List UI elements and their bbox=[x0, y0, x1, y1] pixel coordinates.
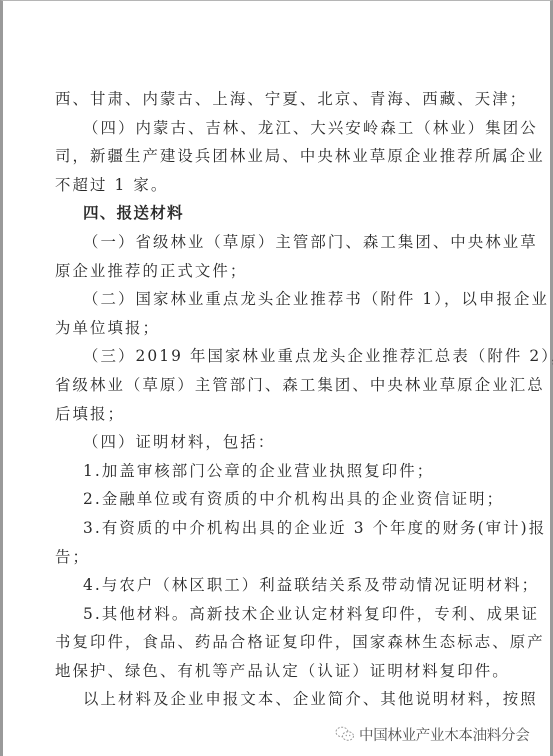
text-line: （三）2019 年国家林业重点龙头企业推荐汇总表（附件 2）， bbox=[55, 342, 481, 371]
text-line: 1.加盖审核部门公章的企业营业执照复印件； bbox=[55, 457, 481, 486]
text-line: （二）国家林业重点龙头企业推荐书（附件 1），以申报企业 bbox=[55, 285, 481, 314]
text-line: （四）内蒙古、吉林、龙江、大兴安岭森工（林业）集团公 bbox=[55, 114, 481, 143]
document-body: 西、甘肃、内蒙古、上海、宁夏、北京、青海、西藏、天津； （四）内蒙古、吉林、龙江… bbox=[55, 85, 481, 714]
text-line: 原企业推荐的正式文件； bbox=[55, 257, 481, 286]
text-line: 省级林业（草原）主管部门、森工集团、中央林业草原企业汇总 bbox=[55, 371, 481, 400]
text-line: （四）证明材料，包括： bbox=[55, 428, 481, 457]
text-line: 地保护、绿色、有机等产品认定（认证）证明材料复印件。 bbox=[55, 657, 481, 686]
text-line: 为单位填报； bbox=[55, 314, 481, 343]
text-line: 告； bbox=[55, 543, 481, 572]
watermark: 中国林业产业木本油料分会 bbox=[335, 719, 529, 749]
text-line: 书复印件，食品、药品合格证复印件，国家森林生态标志、原产 bbox=[55, 628, 481, 657]
text-line: 3.有资质的中介机构出具的企业近 3 个年度的财务(审计)报 bbox=[55, 514, 481, 543]
text-line: 5.其他材料。高新技术企业认定材料复印件，专利、成果证 bbox=[55, 600, 481, 629]
text-line: （一）省级林业（草原）主管部门、森工集团、中央林业草 bbox=[55, 228, 481, 257]
text-line: 司，新疆生产建设兵团林业局、中央林业草原企业推荐所属企业 bbox=[55, 142, 481, 171]
document-page-frame: 西、甘肃、内蒙古、上海、宁夏、北京、青海、西藏、天津； （四）内蒙古、吉林、龙江… bbox=[0, 0, 553, 756]
text-line: 不超过 1 家。 bbox=[55, 171, 481, 200]
text-line: 4.与农户（林区职工）利益联结关系及带动情况证明材料； bbox=[55, 571, 481, 600]
section-heading: 四、报送材料 bbox=[55, 199, 481, 228]
watermark-text: 中国林业产业木本油料分会 bbox=[359, 724, 529, 745]
text-line: 后填报； bbox=[55, 400, 481, 429]
text-line: 以上材料及企业申报文本、企业简介、其他说明材料，按照 bbox=[55, 685, 481, 714]
text-line: 2.金融单位或有资质的中介机构出具的企业资信证明； bbox=[55, 485, 481, 514]
wechat-icon bbox=[335, 726, 355, 742]
text-line: 西、甘肃、内蒙古、上海、宁夏、北京、青海、西藏、天津； bbox=[55, 85, 481, 114]
